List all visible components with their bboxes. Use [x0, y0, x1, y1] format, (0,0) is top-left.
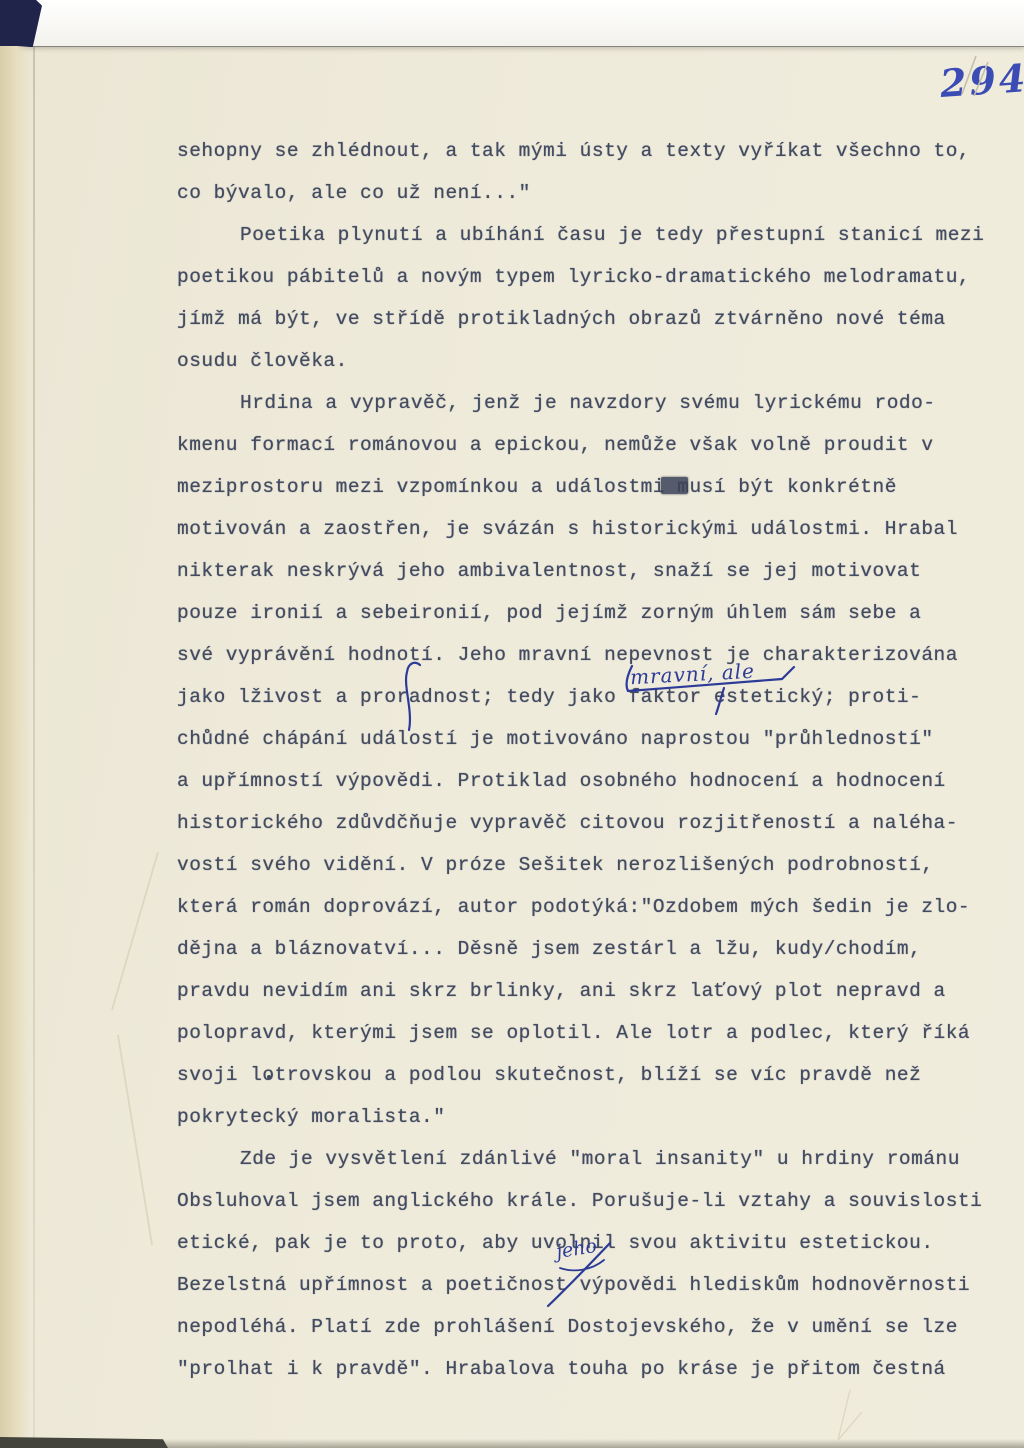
text-line: nikterak neskrývá jeho ambivalentnost, s…	[177, 550, 1007, 592]
text-line: Hrdina a vypravěč, jenž je navzdory svém…	[177, 382, 1007, 424]
handwritten-page-number: 294	[939, 55, 1024, 106]
page-left-edge-line	[33, 46, 35, 1448]
text-line: dějna a bláznovatví... Děsně jsem zestár…	[177, 928, 1007, 970]
text-line: vostí svého vidění. V próze Sešitek nero…	[177, 844, 1007, 886]
text-line: Zde je vysvětlení zdánlivé "moral insani…	[177, 1138, 1007, 1180]
text-line: Poetika plynutí a ubíhání času je tedy p…	[177, 214, 1007, 256]
text-line: nepodléhá. Platí zde prohlášení Dostojev…	[177, 1306, 1007, 1348]
text-line: své vyprávění hodnotí. Jeho mravní nepev…	[177, 634, 1007, 676]
text-line: polopravd, kterými jsem se oplotil. Ale …	[177, 1012, 1007, 1054]
text-line: svoji lotrovskou a podlou skutečnost, bl…	[177, 1054, 1007, 1096]
text-line: sehopny se zhlédnout, a tak mými ústy a …	[177, 130, 1007, 172]
text-line: pouze ironií a sebeironií, pod jejímž zo…	[177, 592, 1007, 634]
text-line: která román doprovází, autor podotýká:"O…	[177, 886, 1007, 928]
scan-top-edge	[0, 0, 1024, 46]
text-line: a upřímností výpovědi. Protiklad osobnéh…	[177, 760, 1007, 802]
typewritten-text: sehopny se zhlédnout, a tak mými ústy a …	[177, 130, 1007, 1390]
text-line: kmenu formací románovou a epickou, nemůž…	[177, 424, 1007, 466]
text-line: historického zdůvdčňuje vypravěč citovou…	[177, 802, 1007, 844]
text-line: pravdu nevidím ani skrz brlinky, ani skr…	[177, 970, 1007, 1012]
text-line: Obsluhoval jsem anglického krále. Porušu…	[177, 1180, 1007, 1222]
text-line: osudu člověka.	[177, 340, 1007, 382]
text-line: chůdné chápání událostí je motivováno na…	[177, 718, 1007, 760]
page-left-edge	[0, 46, 30, 1448]
text-line: pokrytecký moralista."	[177, 1096, 1007, 1138]
text-line: jímž má být, ve střídě protikladných obr…	[177, 298, 1007, 340]
overtype-blot	[661, 477, 688, 494]
text-line: meziprostoru mezi vzpomínkou a událostmi…	[177, 466, 1007, 508]
text-line: co bývalo, ale co už není..."	[177, 172, 1007, 214]
text-line: poetikou pábitelů a novým typem lyricko-…	[177, 256, 1007, 298]
text-line: jako lživost a proradnost; tedy jako fak…	[177, 676, 1007, 718]
text-line: "prolhat i k pravdě". Hrabalova touha po…	[177, 1348, 1007, 1390]
paper-crease-left	[112, 852, 158, 1245]
text-line: motivován a zaostřen, je svázán s histor…	[177, 508, 1007, 550]
text-line: Bezelstná upřímnost a poetičnost výpověd…	[177, 1264, 1007, 1306]
paper-crease-bottom	[838, 1390, 862, 1440]
